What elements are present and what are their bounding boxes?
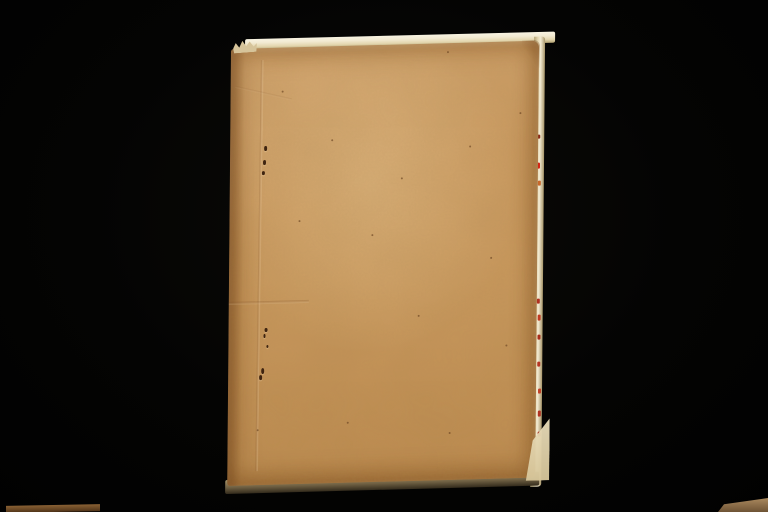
staple-hole	[263, 160, 266, 165]
speck	[469, 145, 471, 147]
staple-hole	[265, 328, 268, 332]
staple-hole	[261, 368, 264, 374]
red-mark	[538, 389, 541, 394]
staple-hole	[262, 171, 265, 175]
surface-glimpse-bottom-right	[718, 498, 768, 512]
photo-background	[0, 0, 768, 512]
speck	[490, 257, 492, 259]
booklet-cover	[227, 41, 539, 486]
speck	[449, 432, 451, 434]
red-mark	[537, 335, 540, 340]
booklet	[227, 41, 541, 486]
red-mark	[538, 411, 541, 417]
speck	[298, 220, 300, 222]
staple-hole	[263, 334, 265, 338]
speck	[347, 422, 349, 424]
speck	[331, 139, 333, 141]
speck	[418, 315, 420, 317]
speck	[519, 112, 521, 114]
speck	[447, 51, 449, 53]
paper-texture	[227, 41, 539, 486]
red-mark	[538, 181, 541, 186]
speck	[371, 234, 373, 236]
speck	[401, 177, 403, 179]
red-mark	[538, 315, 541, 321]
staple-hole	[259, 375, 262, 380]
surface-glimpse-bottom-left	[6, 504, 100, 512]
staple-hole	[264, 146, 267, 151]
spine-shading	[227, 49, 245, 486]
red-mark	[537, 362, 540, 367]
staple-hole	[266, 345, 268, 348]
red-mark	[537, 299, 540, 304]
speck	[505, 344, 507, 346]
top-right-fold-shadow	[522, 40, 540, 68]
vertical-crease	[255, 60, 264, 471]
speck	[282, 91, 284, 93]
